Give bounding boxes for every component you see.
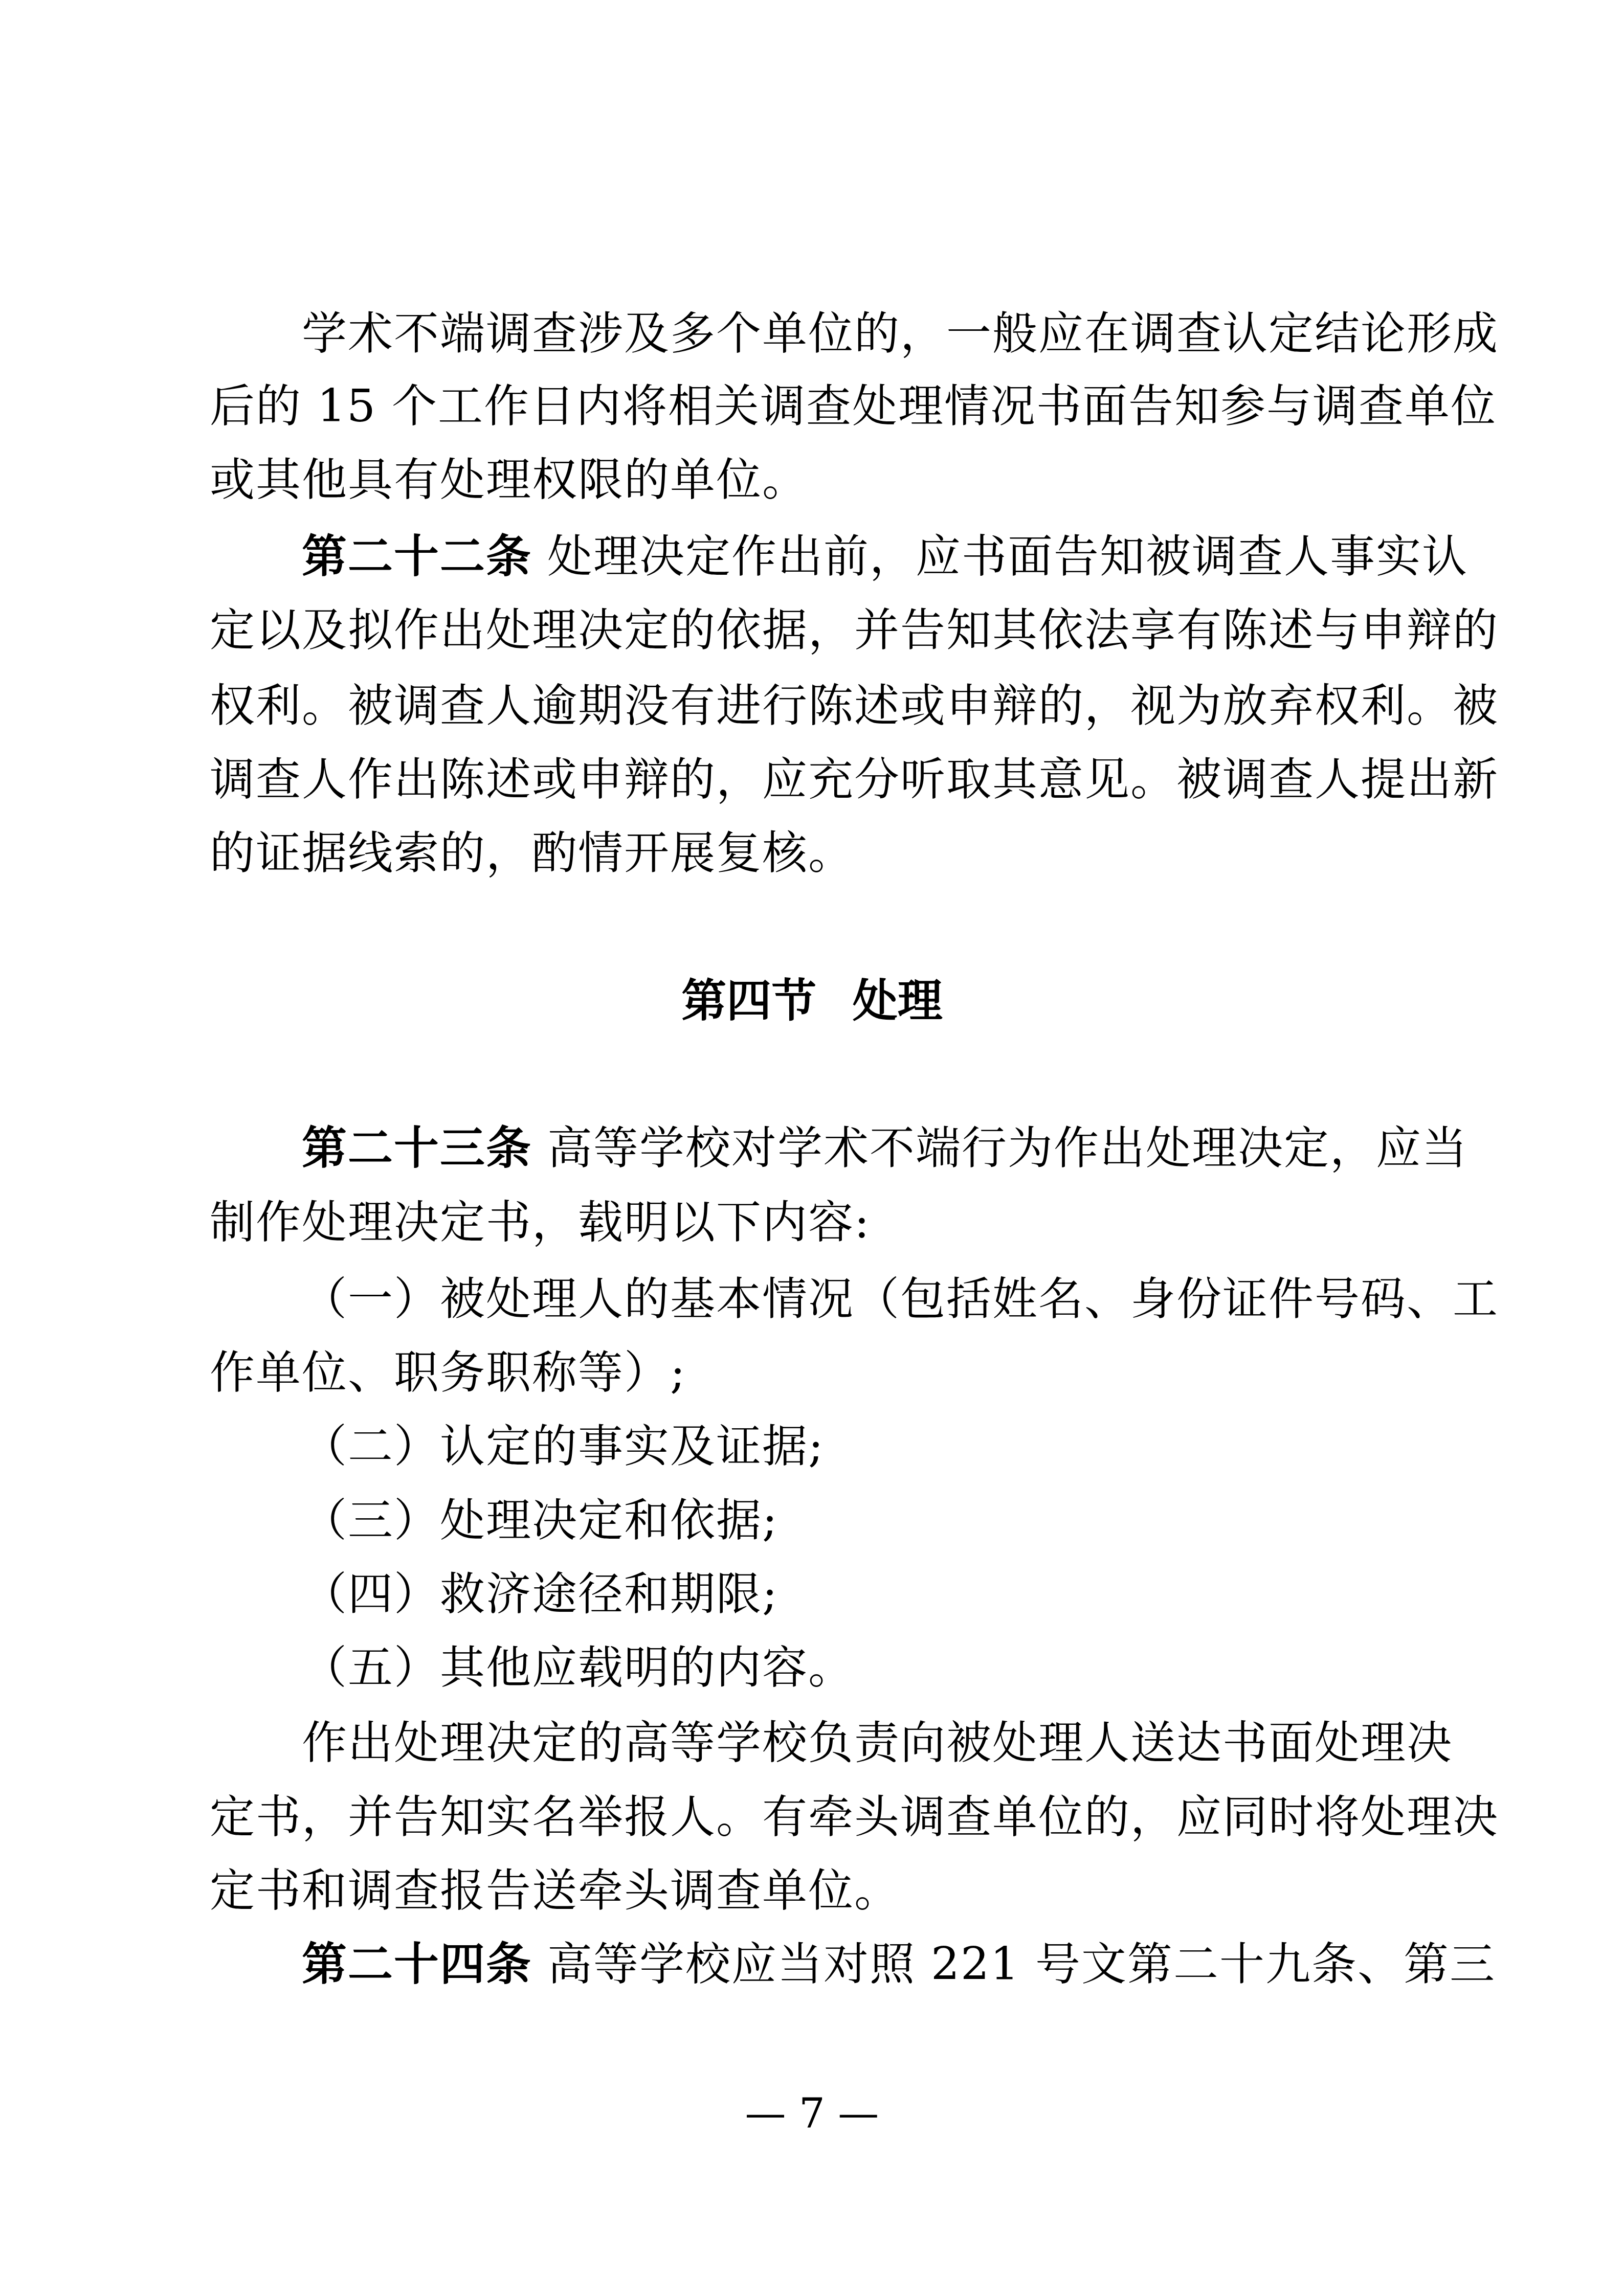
article-text: 高等学校对学术不端行为作出处理决定，应当	[532, 1121, 1468, 1174]
paragraph-line: 后的 15 个工作日内将相关调查处理情况书面告知参与调查单位	[210, 375, 1427, 437]
page-number: — 7 —	[0, 2088, 1624, 2139]
article-24-line: 第二十四条 高等学校应当对照 221 号文第二十九条、第三	[302, 1933, 1427, 1995]
list-item: （三）处理决定和依据;	[302, 1490, 1427, 1551]
paragraph-line: 作单位、职务职称等）;	[210, 1342, 1427, 1403]
paragraph-line: 定书，并告知实名举报人。有牵头调查单位的，应同时将处理决	[210, 1786, 1427, 1848]
article-number: 第二十三条	[302, 1121, 532, 1174]
paragraph-line: 制作处理决定书，载明以下内容:	[210, 1191, 1427, 1253]
paragraph-line: 权利。被调查人逾期没有进行陈述或申辩的，视为放弃权利。被	[210, 675, 1427, 736]
paragraph-line: 定书和调查报告送牵头调查单位。	[210, 1860, 1427, 1921]
list-item: （二）认定的事实及证据;	[302, 1415, 1427, 1477]
paragraph-line: 学术不端调查涉及多个单位的，一般应在调查认定结论形成	[302, 303, 1427, 364]
paragraph-line: 或其他具有处理权限的单位。	[210, 449, 1427, 510]
paragraph-line: 的证据线索的，酌情开展复核。	[210, 822, 1427, 884]
article-number: 第二十二条	[302, 530, 532, 582]
article-text: 处理决定作出前，应书面告知被调查人事实认	[532, 530, 1468, 582]
paragraph-line: 定以及拟作出处理决定的依据，并告知其依法享有陈述与申辩的	[210, 599, 1427, 661]
article-number: 第二十四条	[302, 1938, 532, 1990]
article-22-line: 第二十二条 处理决定作出前，应书面告知被调查人事实认	[302, 526, 1427, 587]
paragraph-line: 调查人作出陈述或申辩的，应充分听取其意见。被调查人提出新	[210, 749, 1427, 810]
list-item: （四）救济途径和期限;	[302, 1563, 1427, 1625]
article-23-line: 第二十三条 高等学校对学术不端行为作出处理决定，应当	[302, 1117, 1427, 1179]
list-item: （五）其他应载明的内容。	[302, 1637, 1427, 1698]
section-heading: 第四节 处理	[0, 970, 1624, 1031]
list-item: （一）被处理人的基本情况（包括姓名、身份证件号码、工	[302, 1268, 1427, 1330]
article-text: 高等学校应当对照 221 号文第二十九条、第三	[532, 1938, 1496, 1990]
paragraph-line: 作出处理决定的高等学校负责向被处理人送达书面处理决	[302, 1712, 1427, 1773]
